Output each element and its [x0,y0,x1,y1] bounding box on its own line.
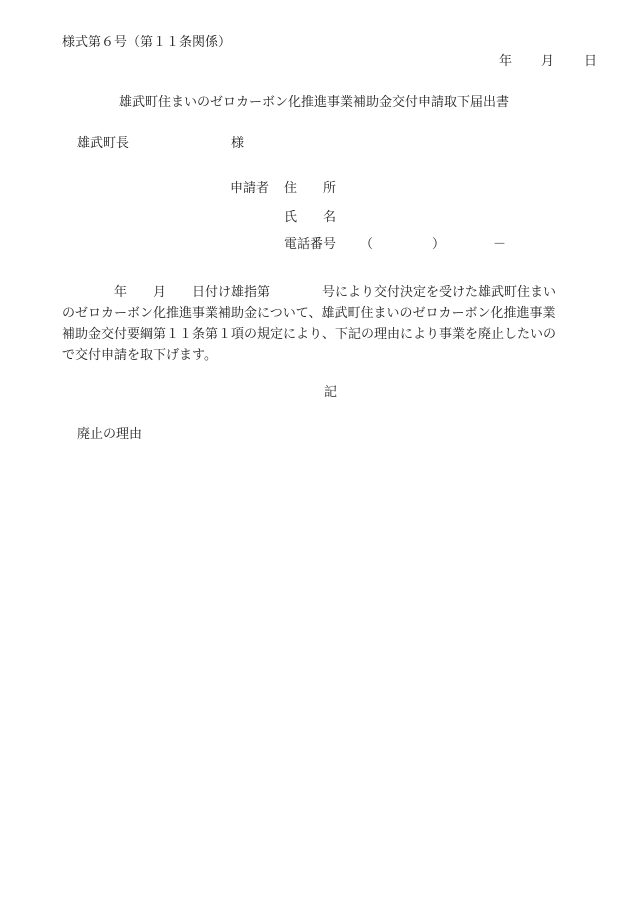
form-number: 様式第６号（第１１条関係） [62,36,231,49]
addressee-honorific: 様 [231,137,244,150]
body-line: で交付申請を取下げます。 [62,345,602,366]
body-line: 補助金交付要綱第１１条第１項の規定により、下記の理由により事業を廃止したいの [62,324,602,345]
date-day: 日 [584,55,597,68]
addressee-name: 雄武町長 [77,137,129,150]
phone-close-paren: ） [432,238,445,251]
date-month: 月 [541,55,554,68]
name-label: 氏 名 [284,211,336,224]
address-label: 住 所 [284,182,336,195]
body-line: 年 月 日付け雄指第 号により交付決定を受けた雄武町住まい [62,282,602,303]
body-line: のゼロカーボン化推進事業補助金について、雄武町住まいのゼロカーボン化推進事業 [62,303,602,324]
note-heading: 記 [324,386,337,399]
phone-dash: － [493,238,506,251]
phone-open-paren: （ [360,238,373,251]
date-year: 年 [499,55,512,68]
document-title: 雄武町住まいのゼロカーボン化推進事業補助金交付申請取下届出書 [119,96,509,109]
phone-label: 電話番号 [284,238,336,251]
reason-label: 廃止の理由 [77,428,142,441]
body-paragraph: 年 月 日付け雄指第 号により交付決定を受けた雄武町住まい のゼロカーボン化推進… [62,282,602,366]
applicant-label: 申請者 [230,182,269,195]
